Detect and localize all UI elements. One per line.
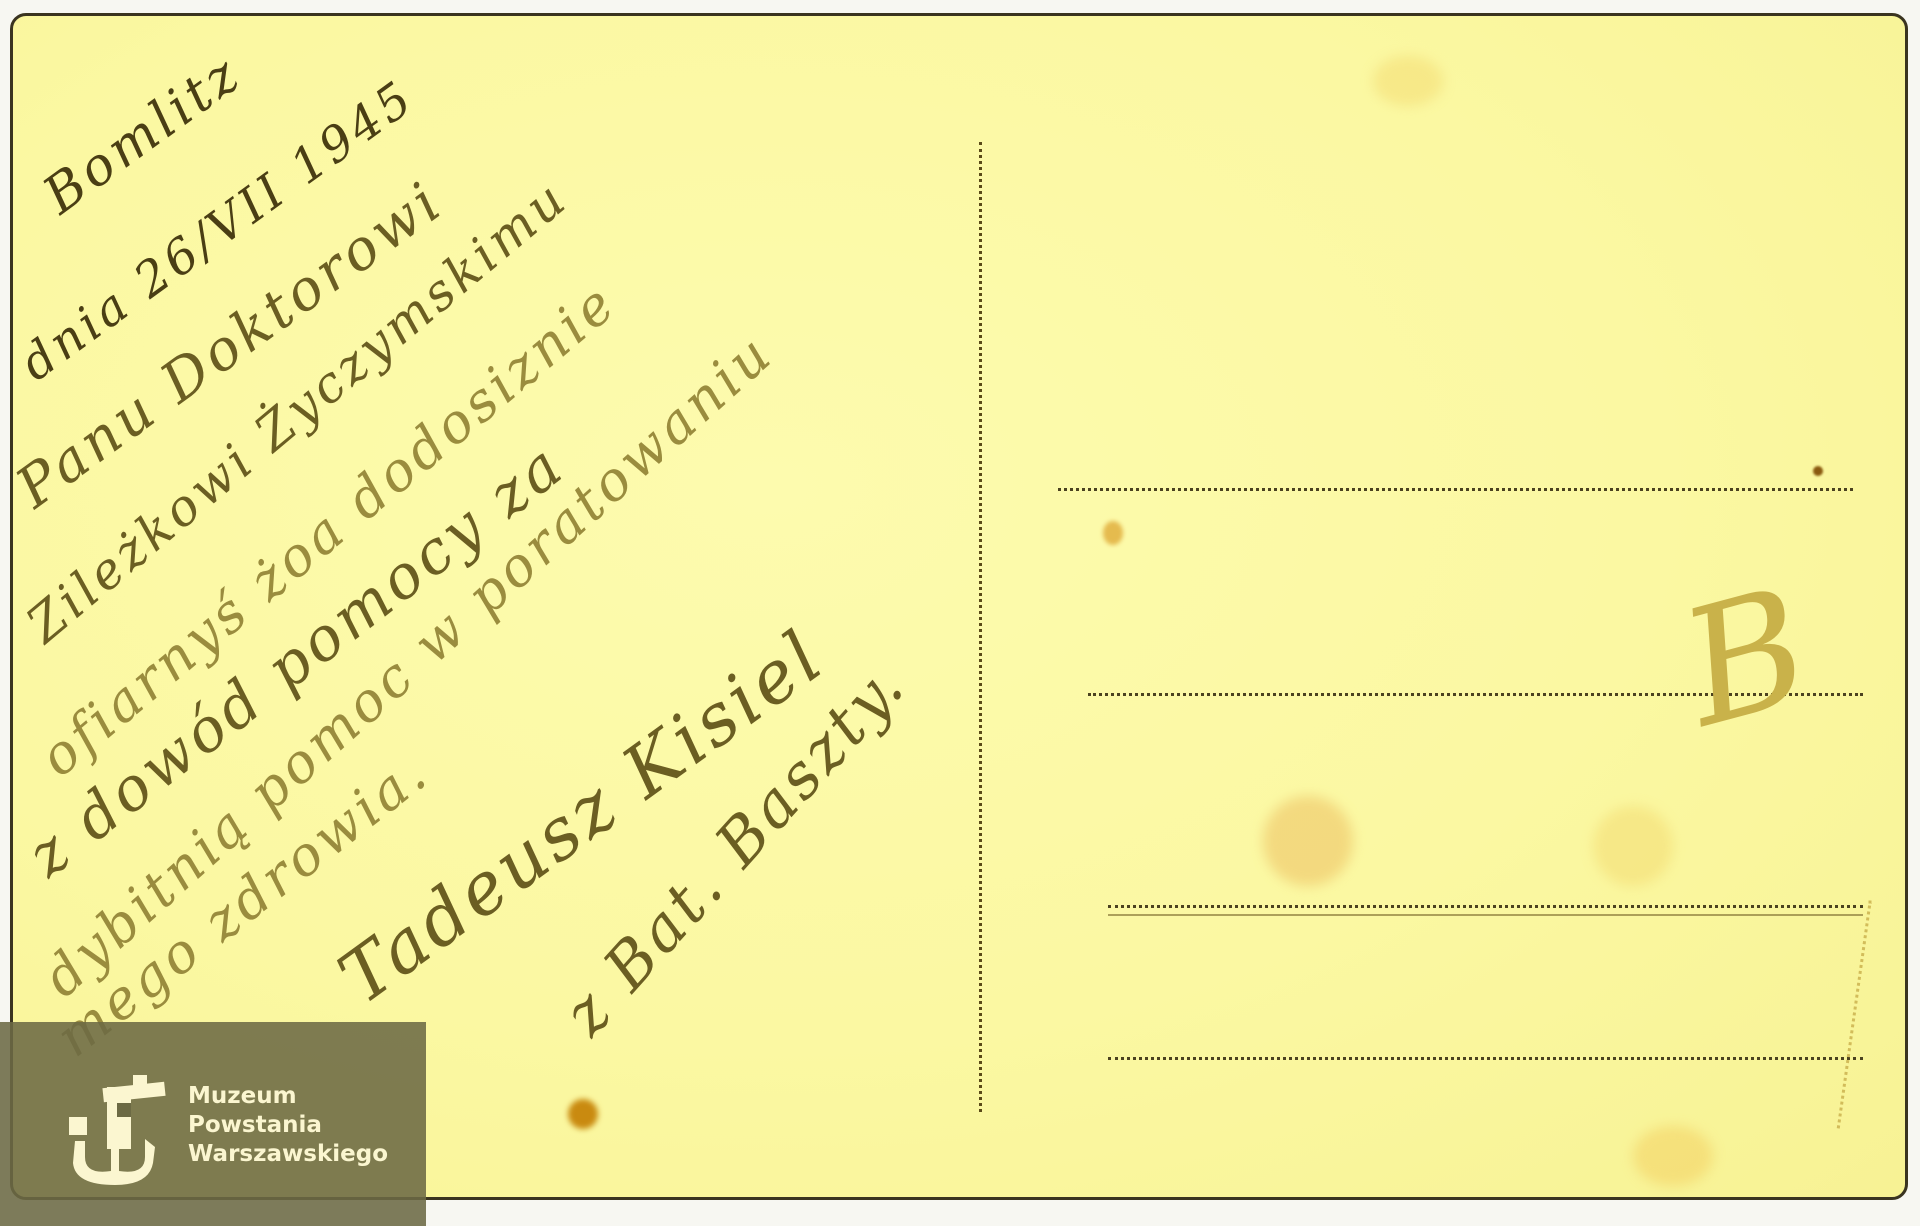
- museum-name-line-3: Warszawskiego: [188, 1140, 388, 1169]
- address-line-3-rule: [1108, 914, 1863, 916]
- museum-name-line-1: Muzeum: [188, 1082, 388, 1111]
- pencil-mark-b: B: [1665, 552, 1827, 763]
- address-line-4: [1108, 1057, 1863, 1060]
- museum-name-line-2: Powstania: [188, 1111, 388, 1140]
- stain: [1263, 796, 1353, 886]
- pencil-bracket: [1787, 893, 1871, 1128]
- address-line-3: [1108, 905, 1863, 908]
- stain: [1373, 56, 1443, 106]
- center-divider: [979, 142, 982, 1112]
- stain: [1633, 1126, 1713, 1186]
- stain: [1813, 466, 1823, 476]
- stain: [568, 1099, 598, 1129]
- museum-name: Muzeum Powstania Warszawskiego: [188, 1082, 388, 1169]
- stain: [1593, 806, 1673, 886]
- stain: [1103, 521, 1123, 545]
- kotwica-anchor-icon: [55, 1067, 175, 1187]
- museum-watermark: Muzeum Powstania Warszawskiego: [0, 1022, 426, 1226]
- address-line-1: [1058, 488, 1853, 491]
